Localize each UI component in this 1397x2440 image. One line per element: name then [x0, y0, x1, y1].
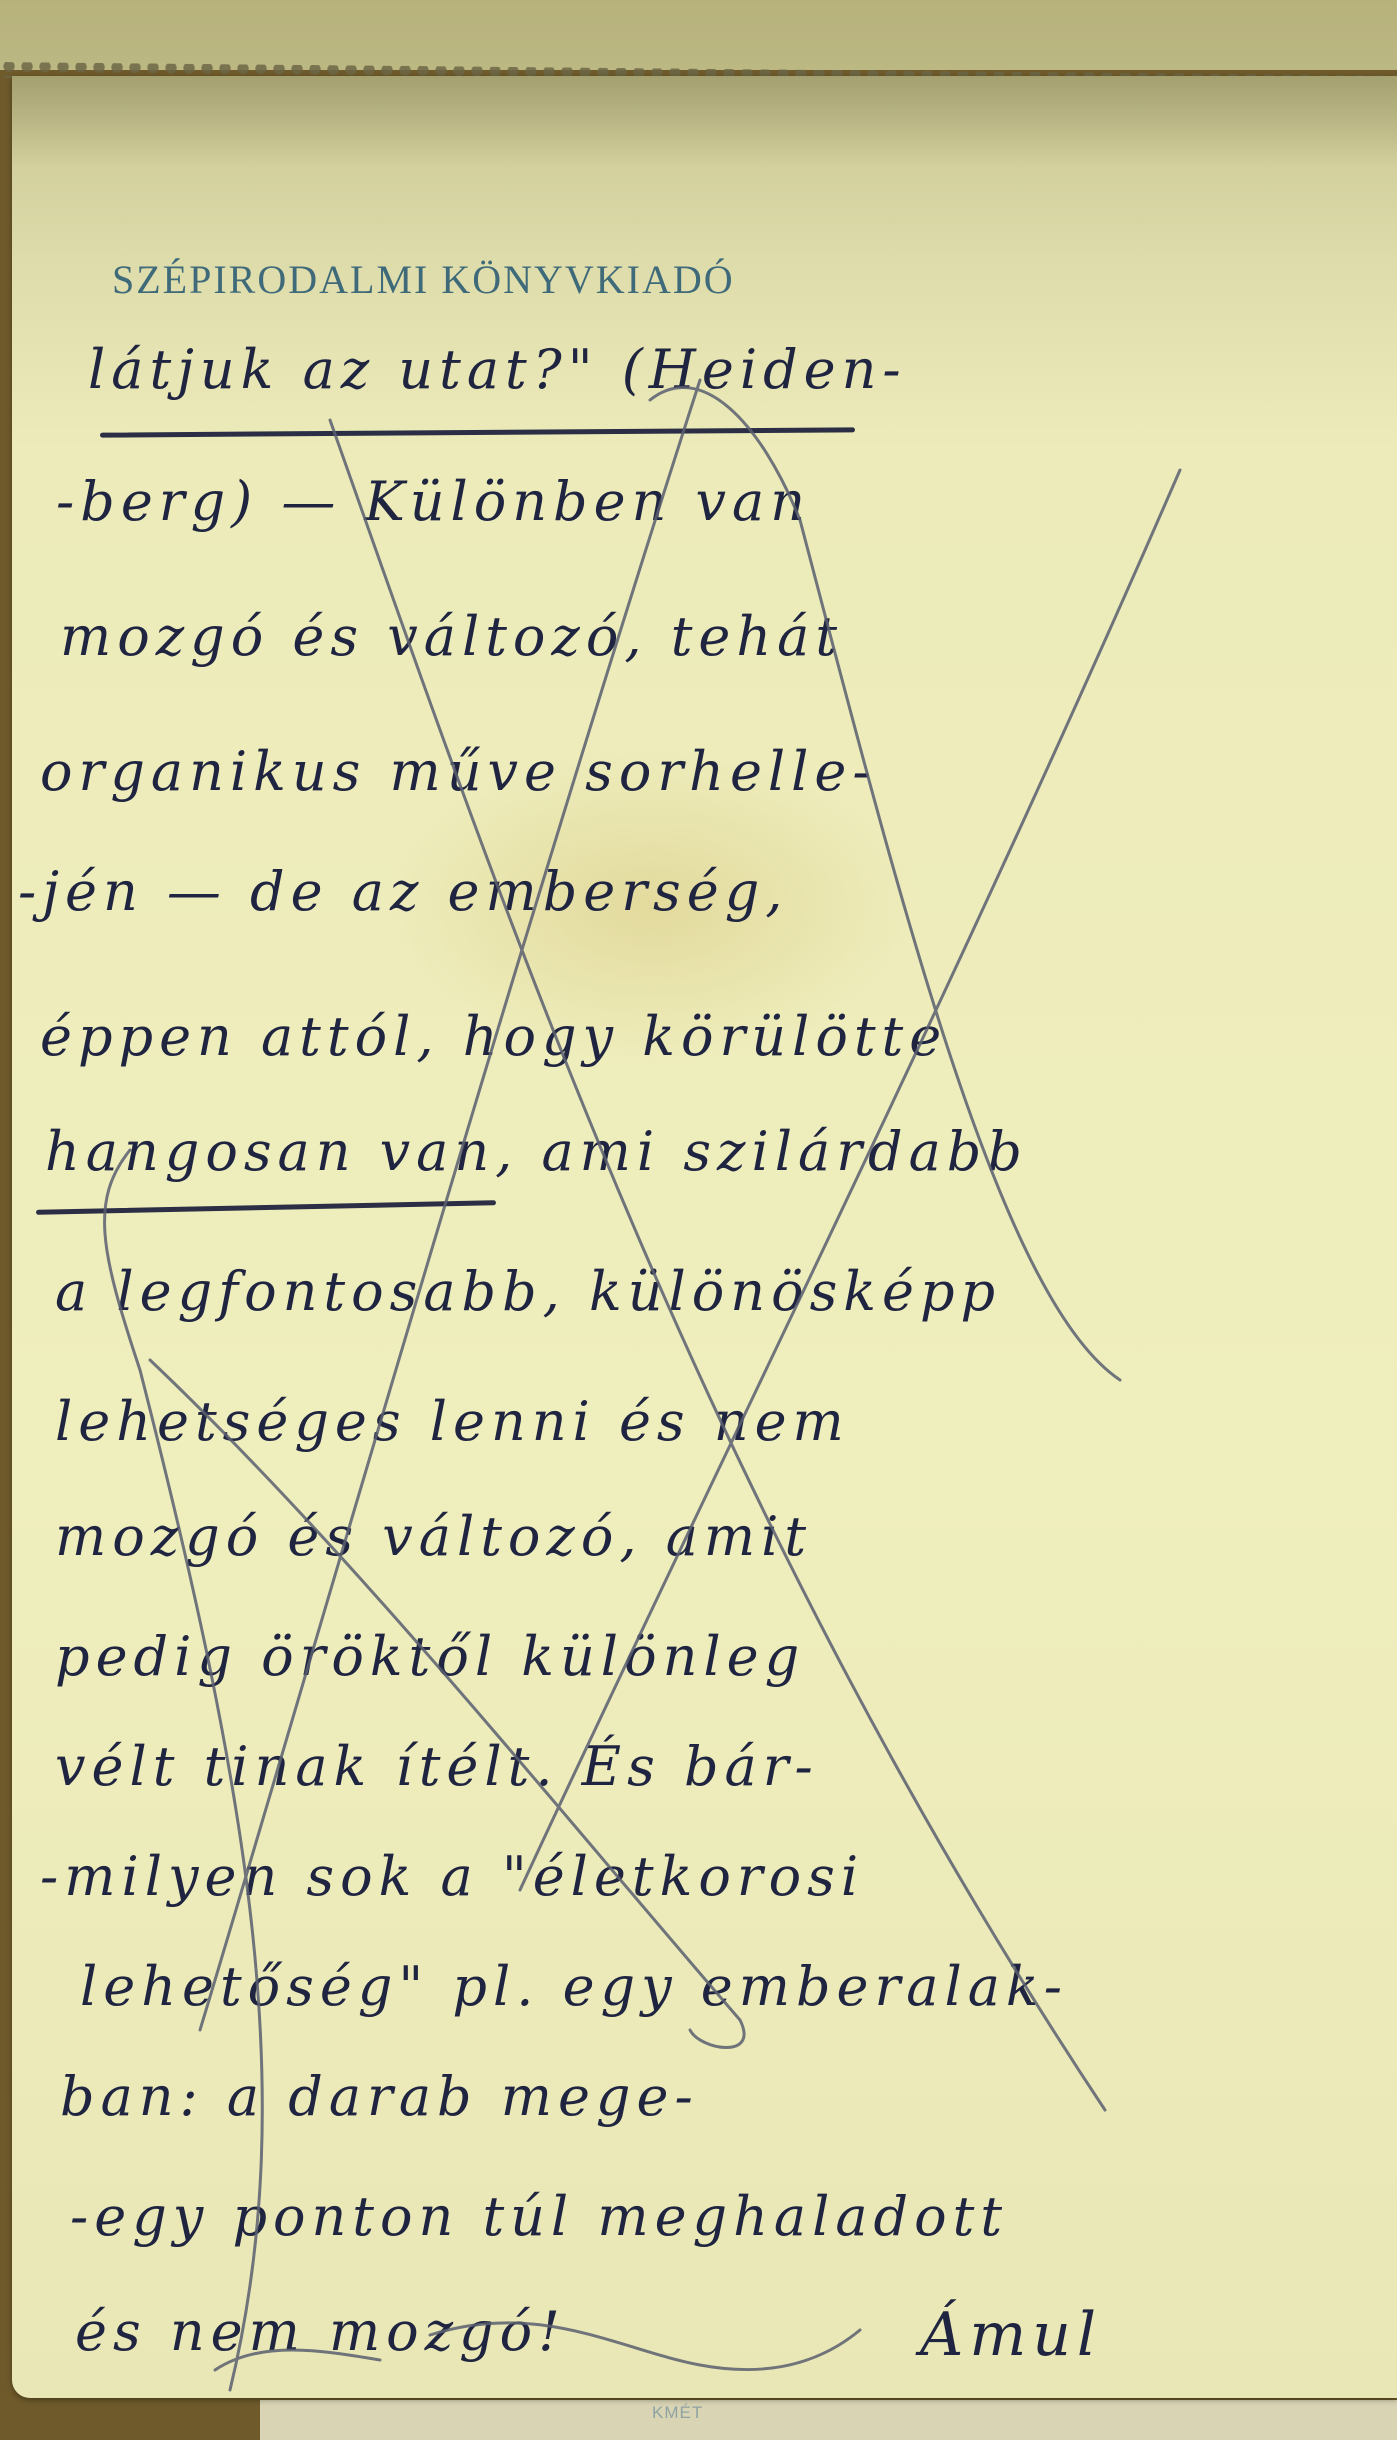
footer-printer-mark: KMÉT [652, 2403, 703, 2423]
handwritten-line-11: pedig öröktől különleg [55, 1625, 805, 1688]
letterhead-title: SZÉPIRODALMI KÖNYVKIADÓ [112, 256, 735, 303]
signature: Ámul [920, 2300, 1102, 2370]
handwritten-line-5: -jén — de az emberség, [18, 860, 788, 923]
handwritten-line-14: lehetőség" pl. egy emberalak- [80, 1955, 1068, 2018]
handwritten-line-7: hangosan van, ami szilárdabb [45, 1120, 1028, 1183]
notepad-page [12, 76, 1397, 2398]
handwritten-line-12: vélt tinak ítélt. És bár- [55, 1735, 819, 1798]
handwritten-line-10: mozgó és változó, amit [55, 1505, 812, 1568]
handwritten-line-8: a legfontosabb, különösképp [55, 1260, 1001, 1323]
handwritten-line-6: éppen attól, hogy körülötte [40, 1005, 947, 1068]
handwritten-line-1: látjuk az utat?" (Heiden- [88, 338, 907, 401]
handwritten-line-9: lehetséges lenni és nem [55, 1390, 850, 1453]
desk-background-top [0, 0, 1397, 70]
handwritten-line-2: -berg) — Különben van [56, 470, 811, 533]
handwritten-line-15: ban: a darab mege- [60, 2065, 699, 2128]
handwritten-line-13: -milyen sok a "életkorosi [40, 1845, 864, 1908]
next-page-edge [260, 2400, 1397, 2440]
handwritten-line-4: organikus műve sorhelle- [40, 740, 877, 803]
handwritten-line-16: -egy ponton túl meghaladott [70, 2185, 1008, 2248]
handwritten-line-17: és nem mozgó! [75, 2300, 566, 2363]
page-shadow [12, 76, 1397, 166]
handwritten-line-3: mozgó és változó, tehát [60, 605, 843, 668]
